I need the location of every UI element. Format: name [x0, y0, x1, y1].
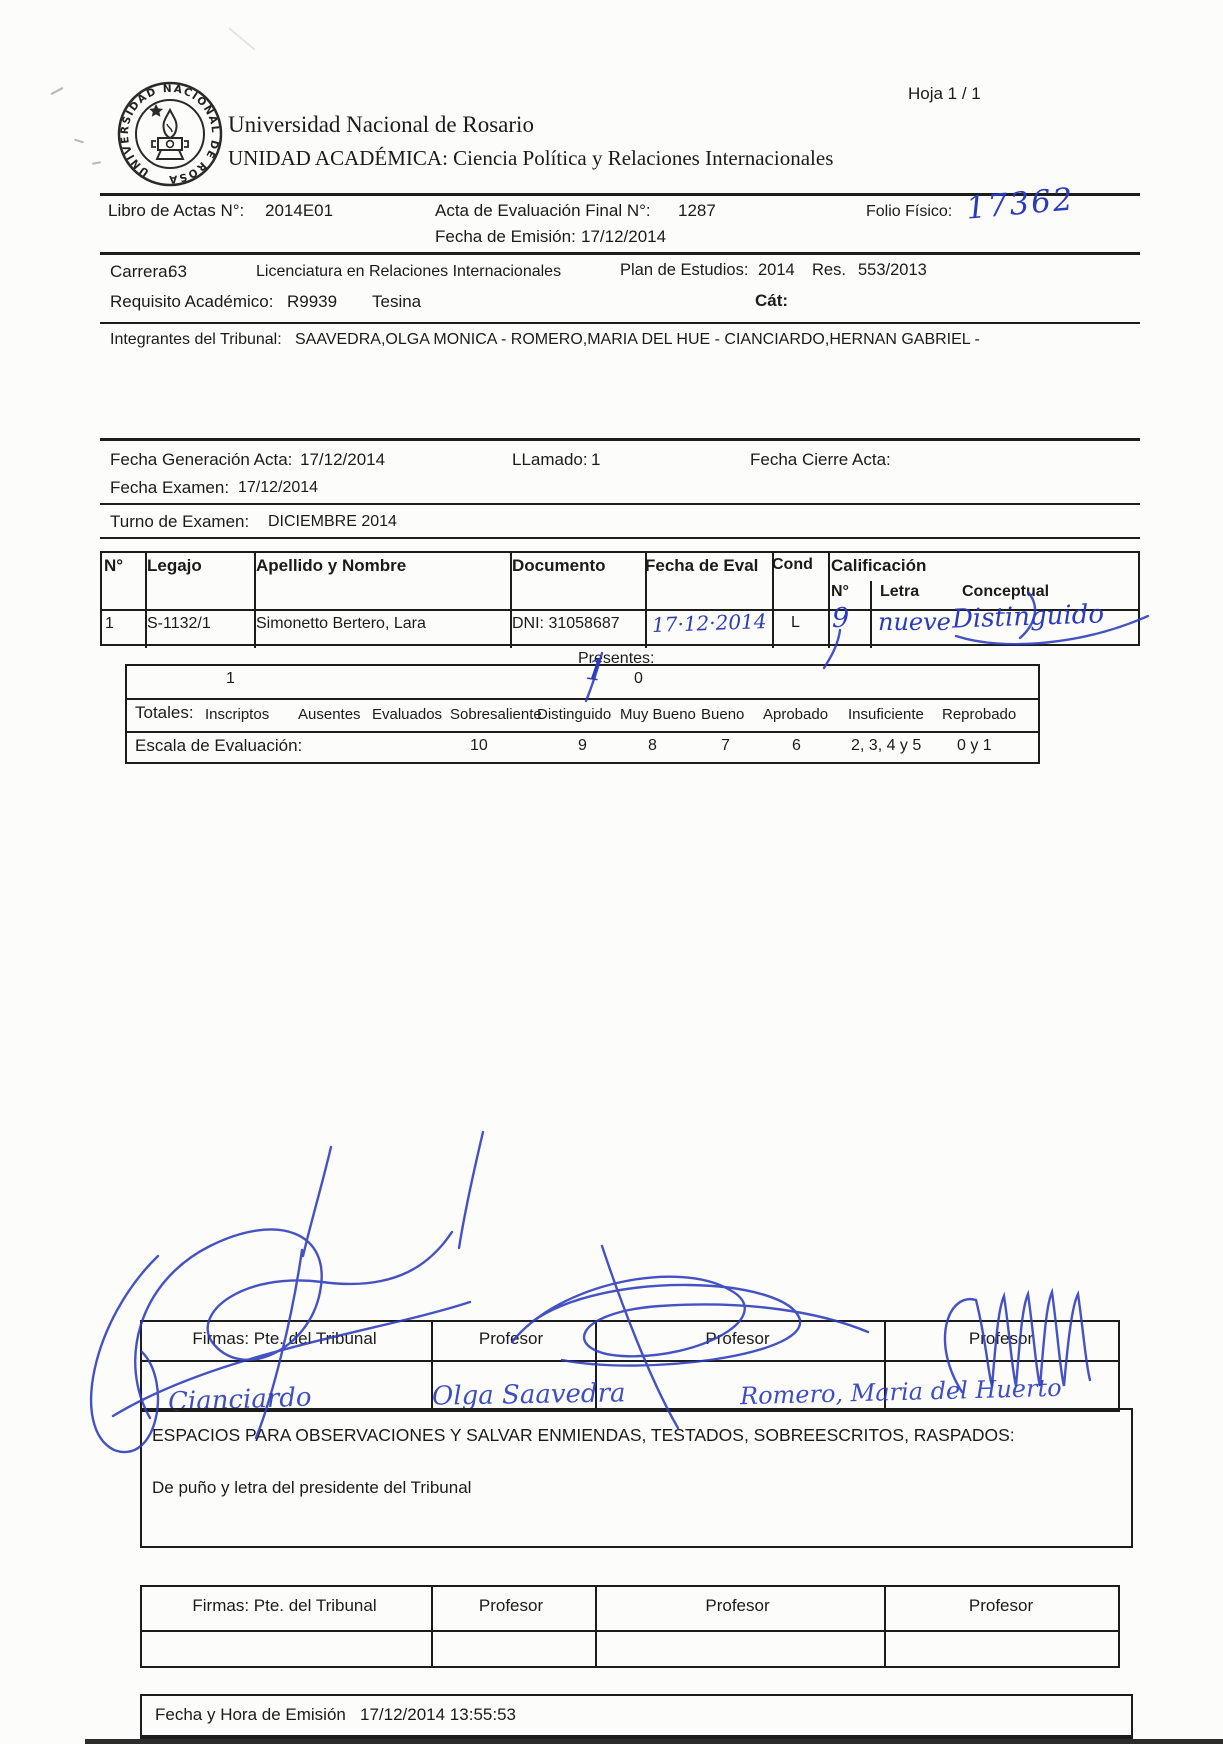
divider — [100, 503, 1140, 505]
turno-examen-label: Turno de Examen: — [110, 512, 249, 532]
firmas2-header-presidente: Firmas: Pte. del Tribunal — [140, 1596, 429, 1616]
carrera-label: Carrera: — [110, 262, 172, 282]
scanned-acta-document: UNIVERSIDAD NACIONAL DE ROSARIO Universi… — [0, 0, 1223, 1744]
firmas2-header-profesor-1: Profesor — [429, 1596, 593, 1616]
observations-text: ESPACIOS PARA OBSERVACIONES Y SALVAR ENM… — [152, 1422, 1082, 1449]
folio-fisico-label: Folio Físico: — [866, 203, 952, 221]
col-header-nombre: Apellido y Nombre — [256, 556, 406, 576]
divider — [100, 252, 1140, 255]
col-header-legajo: Legajo — [147, 556, 202, 576]
plan-estudios-value: 2014 — [758, 261, 795, 280]
crease-mark — [228, 27, 255, 50]
firmas-header-profesor-1: Profesor — [429, 1329, 593, 1349]
inscriptos-value: 1 — [226, 670, 235, 688]
col-header-fecha-eval: Fecha de Eval — [645, 556, 758, 576]
emission-footer-value: 17/12/2014 13:55:53 — [360, 1705, 516, 1725]
acta-final-value: 1287 — [678, 201, 716, 221]
row-calif-nro-handwritten: 9 — [832, 603, 849, 634]
resolucion-label: Res. — [812, 261, 846, 280]
row-fecha-eval-handwritten: 17·12·2014 — [652, 609, 767, 637]
pencil-mark — [50, 87, 63, 95]
pencil-mark — [74, 139, 84, 144]
handwritten-name-2: Olga Saavedra — [432, 1378, 626, 1411]
pencil-mark — [92, 161, 101, 165]
totales-label: Totales: — [135, 703, 194, 723]
libro-actas-label: Libro de Actas N°: — [108, 201, 244, 221]
categoria-distinguido: Distinguido — [537, 706, 611, 723]
categoria-ausentes: Ausentes — [298, 706, 361, 723]
categoria-insuficiente: Insuficiente — [848, 706, 924, 723]
plan-estudios-label: Plan de Estudios: — [620, 261, 748, 280]
observations-instruction: De puño y letra del presidente del Tribu… — [152, 1478, 471, 1498]
firmas2-header-profesor-2: Profesor — [593, 1596, 882, 1616]
firmas-header-profesor-2: Profesor — [593, 1329, 882, 1349]
fecha-examen-label: Fecha Examen: — [110, 478, 229, 498]
categoria-sobresaliente: Sobresaliente — [450, 706, 542, 723]
university-name: Universidad Nacional de Rosario — [228, 112, 534, 138]
subheader-calif-letra: Letra — [880, 583, 919, 601]
university-seal-logo: UNIVERSIDAD NACIONAL DE ROSARIO — [116, 80, 224, 188]
llamado-value: 1 — [591, 450, 600, 470]
emission-footer-label: Fecha y Hora de Emisión — [155, 1705, 346, 1725]
escala-distinguido: 9 — [578, 737, 587, 755]
divider — [100, 322, 1140, 324]
tribunal-label: Integrantes del Tribunal: — [110, 331, 282, 349]
divider — [100, 537, 1140, 539]
escala-insuficiente: 2, 3, 4 y 5 — [851, 737, 921, 755]
escala-reprobado: 0 y 1 — [957, 737, 992, 755]
row-cond: L — [791, 614, 800, 632]
catedra-label: Cát: — [755, 291, 788, 311]
subheader-calif-conceptual: Conceptual — [962, 583, 1049, 601]
escala-bueno: 7 — [721, 737, 730, 755]
carrera-code: 63 — [168, 262, 187, 282]
scan-edge — [85, 1739, 1223, 1744]
tribunal-members: SAAVEDRA,OLGA MONICA - ROMERO,MARIA DEL … — [295, 331, 980, 349]
subheader-calif-nro: N° — [831, 583, 849, 601]
page-number: Hoja 1 / 1 — [908, 84, 981, 104]
col-header-calificacion: Calificación — [831, 556, 926, 576]
presentes-value: 0 — [634, 670, 643, 688]
row-nombre: Simonetto Bertero, Lara — [256, 615, 426, 633]
escala-aprobado: 6 — [792, 737, 801, 755]
categoria-muy-bueno: Muy Bueno — [620, 706, 696, 723]
requisito-code: R9939 — [287, 292, 337, 312]
requisito-name: Tesina — [372, 292, 421, 312]
escala-label: Escala de Evaluación: — [135, 736, 302, 756]
categoria-evaluados: Evaluados — [372, 706, 442, 723]
fecha-emision-value: 17/12/2014 — [581, 227, 666, 247]
row-calif-conceptual-handwritten: Distinguido — [952, 599, 1105, 634]
categoria-inscriptos: Inscriptos — [205, 706, 269, 723]
logo-flame-icon — [163, 110, 176, 138]
carrera-name: Licenciatura en Relaciones Internacional… — [256, 263, 561, 281]
row-legajo: S-1132/1 — [147, 615, 211, 633]
fecha-generacion-value: 17/12/2014 — [300, 450, 385, 470]
llamado-label: LLamado: — [512, 450, 588, 470]
folio-fisico-handwritten: 17362 — [965, 181, 1076, 226]
col-header-cond: Cond — [772, 556, 813, 574]
academic-unit: UNIDAD ACADÉMICA: Ciencia Política y Rel… — [228, 146, 833, 171]
requisito-label: Requisito Académico: — [110, 292, 273, 312]
turno-examen-value: DICIEMBRE 2014 — [268, 513, 397, 531]
col-header-documento: Documento — [512, 556, 606, 576]
divider — [100, 438, 1140, 441]
categoria-aprobado: Aprobado — [763, 706, 828, 723]
resolucion-value: 553/2013 — [858, 261, 927, 280]
fecha-emision-label: Fecha de Emisión: — [435, 227, 576, 247]
fecha-cierre-label: Fecha Cierre Acta: — [750, 450, 891, 470]
row-calif-letra-handwritten: nueve — [878, 608, 951, 636]
fecha-examen-value: 17/12/2014 — [238, 479, 318, 497]
firmas-header-presidente: Firmas: Pte. del Tribunal — [140, 1329, 429, 1349]
row-nro: 1 — [105, 615, 114, 633]
firmas-header-profesor-3: Profesor — [882, 1329, 1120, 1349]
escala-muy-bueno: 8 — [648, 737, 657, 755]
acta-final-label: Acta de Evaluación Final N°: — [435, 201, 651, 221]
fecha-generacion-label: Fecha Generación Acta: — [110, 450, 292, 470]
col-header-nro: N° — [104, 556, 123, 576]
escala-sobresaliente: 10 — [470, 737, 488, 755]
row-documento: DNI: 31058687 — [512, 615, 620, 633]
firmas2-header-profesor-3: Profesor — [882, 1596, 1120, 1616]
categoria-reprobado: Reprobado — [942, 706, 1016, 723]
libro-actas-value: 2014E01 — [265, 201, 333, 221]
categoria-bueno: Bueno — [701, 706, 744, 723]
